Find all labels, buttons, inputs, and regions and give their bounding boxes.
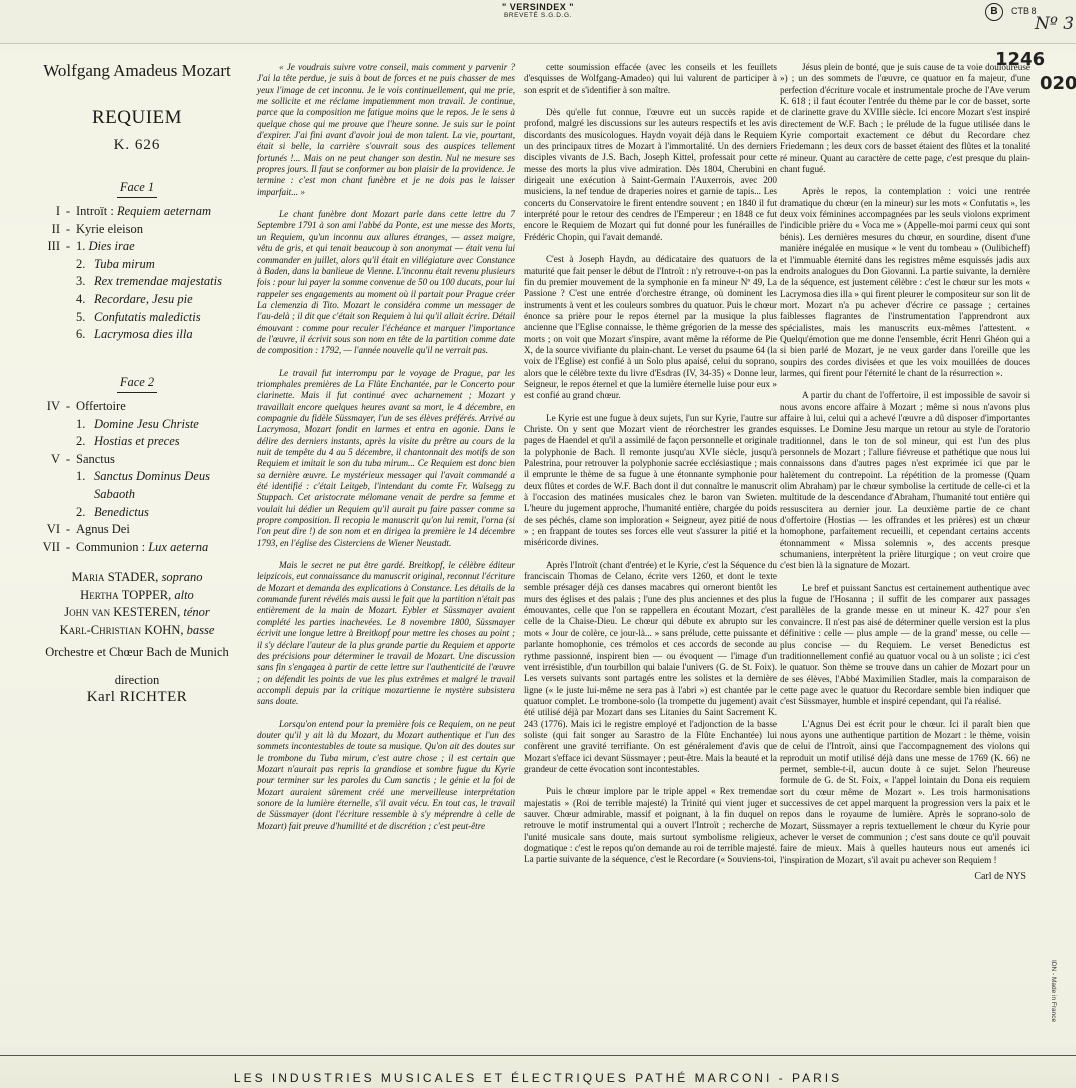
track-number: VI [24,521,60,539]
composer-name: Wolfgang Amadeus Mozart [24,61,250,81]
track-number: I [24,203,60,221]
track-title-latin: Requiem aeternam [117,204,211,218]
liner-notes-paragraph: A partir du chant de l'offertoire, il es… [780,390,1030,572]
track-item: V-Sanctus [24,451,250,469]
performer-first-name: Maria [71,570,107,584]
track-title: Offertoire [76,398,250,416]
performer: John van KESTEREN, ténor [24,604,250,622]
track-title: Agnus Dei [76,521,250,539]
sub-track-item: 6.Lacrymosa dies illa [24,326,250,344]
liner-notes-paragraph: C'est à Joseph Haydn, au dédicataire des… [524,254,777,401]
track-item: I-Introït : Requiem aeternam [24,203,250,221]
performer-last-name: KESTEREN, [113,605,183,619]
liner-notes-paragraph: Jésus plein de bonté, que je suis cause … [780,62,1030,175]
track-item: IV-Offertoire [24,398,250,416]
face-1-tracklist: I-Introït : Requiem aeternamII-Kyrie ele… [24,203,250,344]
performers-list: Maria STADER, sopranoHertha TOPPER, alto… [24,569,250,639]
face-2-heading: Face 2 [117,375,157,393]
conductor-name: Karl RICHTER [24,689,250,706]
catalog-reference: CTB 8 [1011,6,1037,16]
sub-track-item: 1.Sanctus Dominus Deus Sabaoth [24,468,250,503]
orchestra-name: Orchestre et Chœur Bach de Munich [24,645,250,660]
track-number: IV [24,398,60,416]
performer-last-name: KOHN, [144,623,186,637]
versindex-patent: BREVETÉ S.G.D.G. [468,13,608,20]
track-dash: - [60,238,76,256]
track-number: III [24,238,60,256]
track-title: Kyrie eleison [76,221,250,239]
sub-track-title: Confutatis maledictis [94,309,250,327]
stamp-number-2: 020 [1040,73,1076,94]
track-dash: - [60,451,76,469]
liner-notes-paragraph: Le bref et puissant Sanctus est certaine… [780,583,1030,708]
sub-track-number: 4. [76,291,94,309]
track-item: VI-Agnus Dei [24,521,250,539]
performer-first-name: John van [64,605,113,619]
sub-track-item: 2.Benedictus [24,504,250,522]
sub-track-number: 1. [76,416,94,434]
author-signature: Carl de NYS [780,871,1030,882]
work-title: REQUIEM [24,107,250,129]
sub-track-title: Benedictus [94,504,250,522]
track-number: II [24,221,60,239]
performer-last-name: TOPPER, [122,588,175,602]
performer-role: basse [187,623,215,637]
sub-track-number: 2. [76,433,94,451]
bottom-rule [0,1055,1076,1056]
liner-notes-paragraph: Le Kyrie est une fugue à deux sujets, l'… [524,413,777,549]
handwritten-note: Nº 3 [1035,14,1074,34]
liner-notes-paragraph: Puis le chœur implore par le triple appe… [524,786,777,865]
direction-label: direction [24,673,250,688]
face-2-section: Face 2 IV-Offertoire1.Domine Jesu Christ… [24,373,250,556]
sub-track-title: Hostias et preces [94,433,250,451]
track-title: Sanctus [76,451,250,469]
sub-track-item: 2.Hostias et preces [24,433,250,451]
sub-track-title: Rex tremendae majestatis [94,273,250,291]
performer-role: soprano [162,570,203,584]
track-item: III-1. Dies irae [24,238,250,256]
sub-track-number: 3. [76,273,94,291]
liner-notes-column-1: « Je voudrais suivre votre conseil, mais… [257,62,515,843]
sub-track-title: Recordare, Jesu pie [94,291,250,309]
track-title: Introït : Requiem aeternam [76,203,250,221]
sub-track-title: Tuba mirum [94,256,250,274]
made-in-france-mark: IDN - Made in France [1050,960,1057,1022]
sub-track-number: 2. [76,256,94,274]
liner-notes-paragraph: Le travail fut interrompu par le voyage … [257,368,515,550]
sub-track-number: 2. [76,504,94,522]
performer: Hertha TOPPER, alto [24,587,250,605]
liner-notes-column-2: cette soumission effacée (avec les conse… [524,62,777,877]
circled-b-icon: B [985,3,1003,21]
track-dash: - [60,203,76,221]
track-title: Communion : Lux aeterna [76,539,250,557]
liner-notes-paragraph: Mais le secret ne put être gardé. Breitk… [257,560,515,707]
liner-notes-paragraph: Le chant funèbre dont Mozart parle dans … [257,209,515,356]
catalog-number: K. 626 [24,137,250,154]
sub-track-item: 1.Domine Jesu Christe [24,416,250,434]
track-title-latin: Lux aeterna [148,540,208,554]
liner-notes-paragraph: Après l'Introït (chant d'entrée) et le K… [524,560,777,776]
track-number: V [24,451,60,469]
sub-track-title: Sanctus Dominus Deus Sabaoth [94,468,250,503]
track-dash: - [60,398,76,416]
liner-notes-paragraph: « Je voudrais suivre votre conseil, mais… [257,62,515,198]
liner-notes-paragraph: Lorsqu'on entend pour la première fois c… [257,719,515,832]
track-number: VII [24,539,60,557]
performer: Karl-Christian KOHN, basse [24,622,250,640]
performer: Maria STADER, soprano [24,569,250,587]
sub-track-item: 5.Confutatis maledictis [24,309,250,327]
sub-track-number: 1. [76,468,94,503]
versindex-mark: " VERSINDEX " BREVETÉ S.G.D.G. [468,3,608,20]
performer-first-name: Hertha [80,588,122,602]
track-dash: - [60,221,76,239]
sub-track-item: 3.Rex tremendae majestatis [24,273,250,291]
publisher-line: LES INDUSTRIES MUSICALES ET ÉLECTRIQUES … [0,1071,1076,1085]
sub-track-number: 6. [76,326,94,344]
track-dash: - [60,539,76,557]
performer-role: ténor [183,605,209,619]
track-title: 1. Dies irae [76,238,250,256]
sub-track-title: Domine Jesu Christe [94,416,250,434]
liner-notes-paragraph: L'Agnus Dei est écrit pour le chœur. Ici… [780,719,1030,866]
performer-role: alto [174,588,193,602]
face-1-heading: Face 1 [117,180,157,198]
versindex-brand: " VERSINDEX " [468,3,608,12]
track-title-latin: Dies irae [89,239,135,253]
face-1-section: Face 1 I-Introït : Requiem aeternamII-Ky… [24,178,250,344]
track-item: II-Kyrie eleison [24,221,250,239]
track-item: VII-Communion : Lux aeterna [24,539,250,557]
face-2-tracklist: IV-Offertoire1.Domine Jesu Christe2.Host… [24,398,250,556]
sub-track-number: 5. [76,309,94,327]
sub-track-item: 2.Tuba mirum [24,256,250,274]
liner-notes-paragraph: Après le repos, la contemplation : voici… [780,186,1030,379]
track-dash: - [60,521,76,539]
sub-track-title: Lacrymosa dies illa [94,326,250,344]
record-sleeve-back: " VERSINDEX " BREVETÉ S.G.D.G. B CTB 8 N… [0,0,1076,1088]
liner-notes-paragraph: cette soumission effacée (avec les conse… [524,62,777,96]
performer-last-name: STADER, [108,570,162,584]
performer-first-name: Karl-Christian [60,623,145,637]
liner-notes-column-3: Jésus plein de bonté, que je suis cause … [780,62,1030,882]
sub-track-item: 4.Recordare, Jesu pie [24,291,250,309]
liner-notes-paragraph: Dès qu'elle fut connue, l'œuvre eut un s… [524,107,777,243]
work-header: Wolfgang Amadeus Mozart REQUIEM K. 626 [24,60,250,154]
